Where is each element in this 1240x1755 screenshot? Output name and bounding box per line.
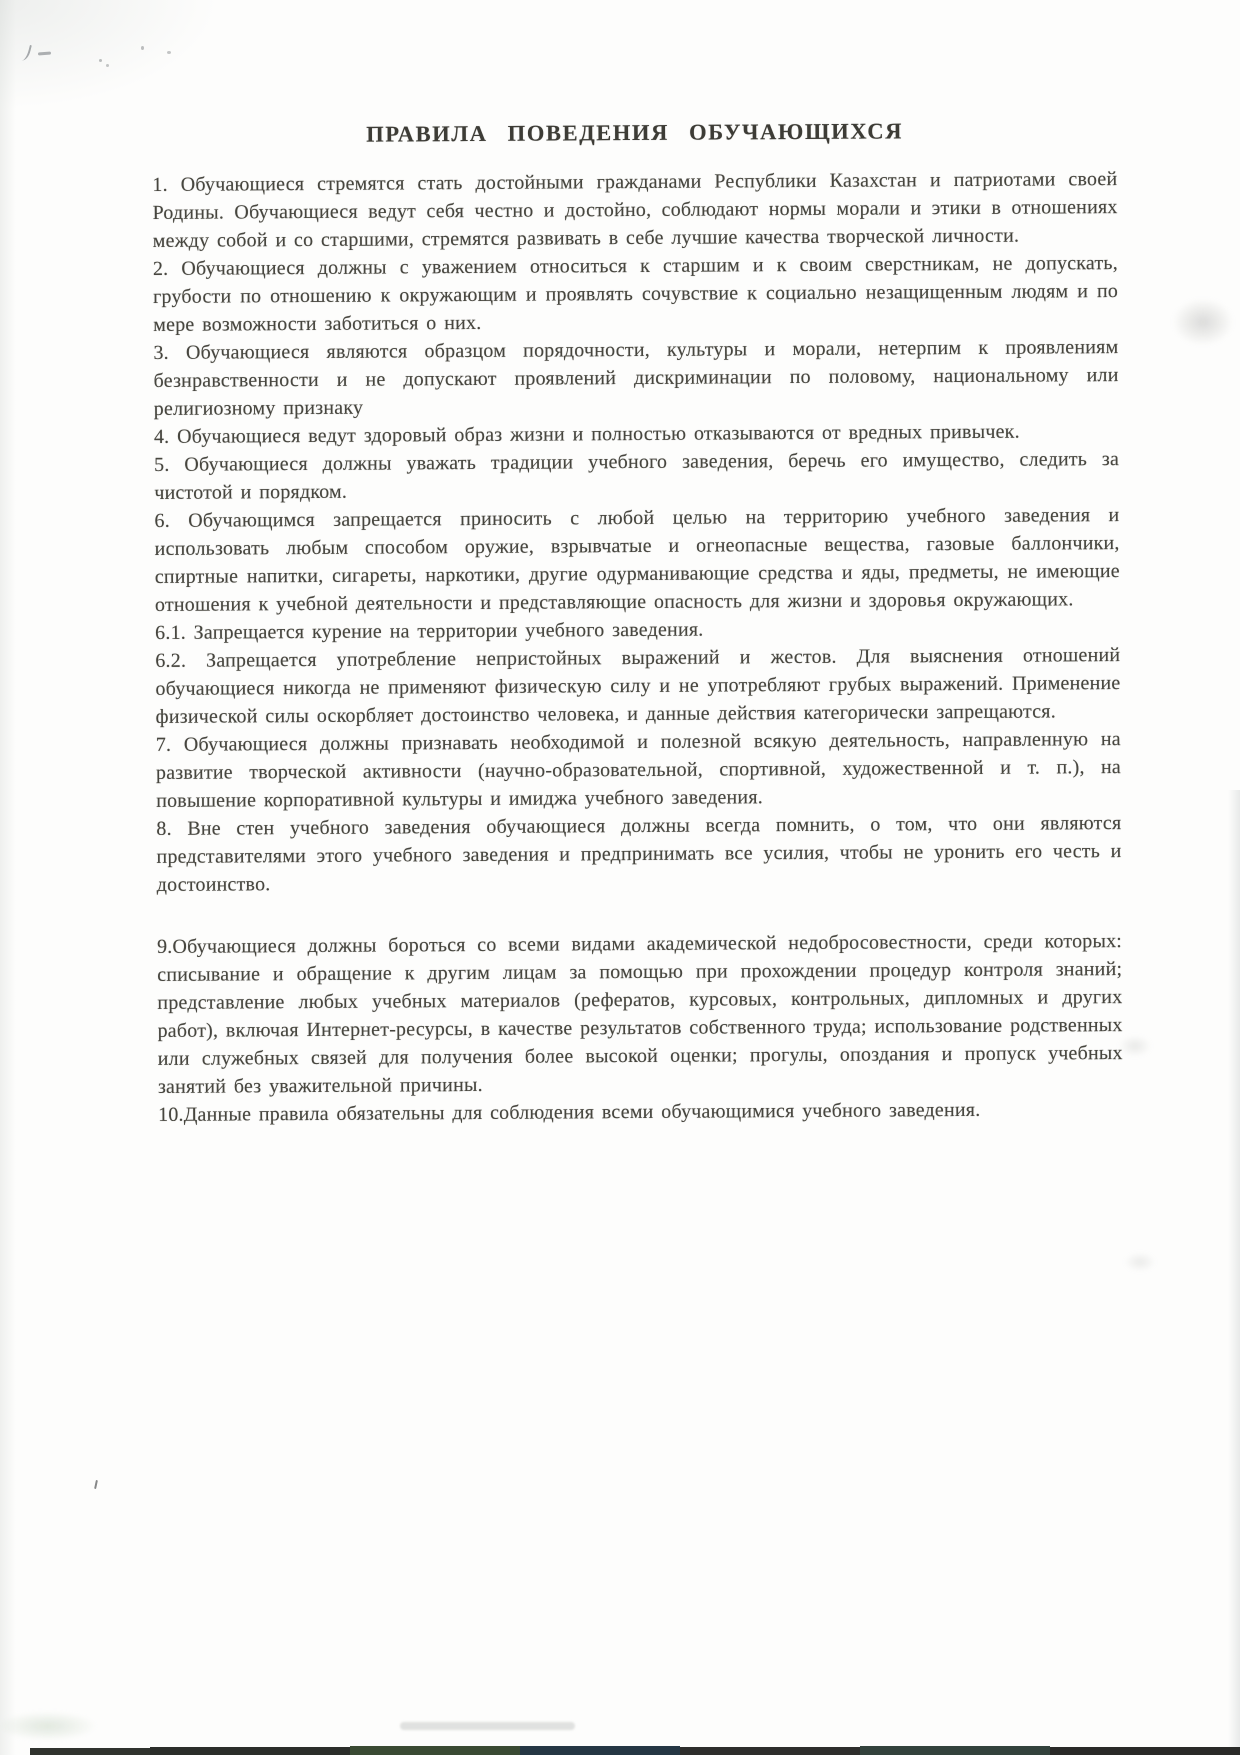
scanner-edge-strip	[30, 1744, 1240, 1755]
rule-paragraph-7: 7. Обучающиеся должны признавать необход…	[156, 725, 1121, 815]
scanner-strip-segment	[30, 1748, 150, 1755]
rule-paragraph-2: 2. Обучающиеся должны с уважением относи…	[153, 249, 1118, 339]
rule-paragraph-10: 10.Данные правила обязательны для соблюд…	[158, 1095, 1123, 1129]
rule-paragraph-3: 3. Обучающиеся являются образцом порядоч…	[153, 333, 1118, 423]
pencil-dot-mark	[141, 46, 144, 50]
scanner-strip-segment	[520, 1746, 680, 1755]
document-title: ПРАВИЛА ПОВЕДЕНИЯ ОБУЧАЮЩИХСЯ	[152, 115, 1117, 151]
scan-smudge	[0, 1712, 95, 1740]
rule-paragraph-5: 5. Обучающиеся должны уважать традиции у…	[154, 445, 1119, 507]
pencil-dot-mark	[106, 64, 109, 67]
rule-paragraph-6-2: 6.2. Запрещается употребление непристойн…	[155, 641, 1120, 731]
scan-smudge	[1172, 298, 1234, 346]
scan-shading-left-edge	[0, 0, 16, 1755]
scan-smudge	[1118, 1035, 1152, 1057]
pencil-dot-mark	[99, 59, 102, 62]
document-body: ПРАВИЛА ПОВЕДЕНИЯ ОБУЧАЮЩИХСЯ 1. Обучающ…	[152, 115, 1123, 1129]
scanner-strip-segment	[1050, 1747, 1240, 1755]
scanned-document-page: ПРАВИЛА ПОВЕДЕНИЯ ОБУЧАЮЩИХСЯ 1. Обучающ…	[0, 0, 1240, 1755]
scan-shading-right-edge	[1228, 790, 1240, 1755]
scanner-strip-segment	[860, 1746, 1050, 1755]
scan-shading-top-left	[0, 0, 220, 110]
pencil-dash-mark	[38, 52, 51, 56]
rule-paragraph-1: 1. Обучающиеся стремятся стать достойным…	[152, 165, 1117, 255]
rule-paragraph-9: 9.Обучающиеся должны бороться со всеми в…	[157, 927, 1123, 1101]
scanner-strip-segment	[680, 1747, 860, 1755]
rule-paragraph-6: 6. Обучающимся запрещается приносить с л…	[154, 501, 1120, 619]
scan-smudge	[1124, 1252, 1156, 1272]
pencil-tick-mark	[94, 1480, 98, 1489]
scanner-strip-segment	[150, 1747, 350, 1755]
scanner-strip-segment	[350, 1746, 520, 1755]
scan-smudge	[400, 1722, 575, 1730]
rule-paragraph-8: 8. Вне стен учебного заведения обучающие…	[156, 809, 1121, 899]
pencil-squiggle-mark	[19, 43, 32, 62]
pencil-dot-mark	[167, 51, 171, 54]
